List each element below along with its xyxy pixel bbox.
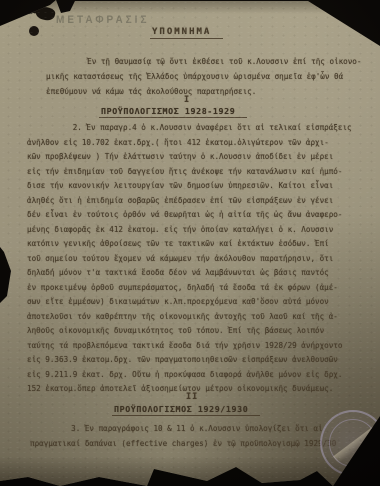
- folio-number: 173: [10, 6, 37, 17]
- section-2-heading: ΠΡΟΫΠΟΛΟΓΙΣΜΟΣ 1929/1930: [112, 404, 260, 416]
- section-1-heading-text: ΠΡΟΫΠΟΛΟΓΙΣΜΟΣ 1928-1929: [99, 106, 247, 118]
- bottom-edge-shadow: [0, 456, 380, 486]
- top-edge-shadow: [0, 0, 380, 14]
- section-2-body: 3. Ἐν παραγράφοις 10 & 11 ὁ κ.Λουσσιν ὑπ…: [30, 421, 336, 451]
- memo-title: ΥΠΟΜΝΗΜΑ: [150, 27, 223, 39]
- ink-dot: [29, 26, 39, 36]
- memo-title-text: ΥΠΟΜΝΗΜΑ: [150, 27, 223, 39]
- section-2-heading-text: ΠΡΟΫΠΟΛΟΓΙΣΜΟΣ 1929/1930: [112, 404, 260, 416]
- section-1-numeral: I: [184, 95, 190, 105]
- section-1-body: 2. Ἐν παραγρ.4 ὁ κ.Λουσσιν ἀναφέρει ὅτι …: [27, 121, 352, 397]
- section-1-heading: ΠΡΟΫΠΟΛΟΓΙΣΜΟΣ 1928-1929: [99, 106, 247, 118]
- photo-backdrop: 173 ΜΕΤΑΦΡΑΣΙΣ ΥΠΟΜΝΗΜΑ Ἐν τῇ θαυμασίᾳ τ…: [0, 0, 380, 486]
- section-2-numeral: II: [186, 392, 198, 402]
- document-page: 173 ΜΕΤΑΦΡΑΣΙΣ ΥΠΟΜΝΗΜΑ Ἐν τῇ θαυμασίᾳ τ…: [0, 0, 380, 486]
- round-seal-stamp: [320, 410, 380, 476]
- translation-stamp: ΜΕΤΑΦΡΑΣΙΣ: [56, 15, 149, 27]
- intro-paragraph: Ἐν τῇ θαυμασίᾳ τῷ ὄντι ἐκθέσει τοῦ κ.Λου…: [46, 54, 361, 99]
- ink-stain: [35, 5, 57, 22]
